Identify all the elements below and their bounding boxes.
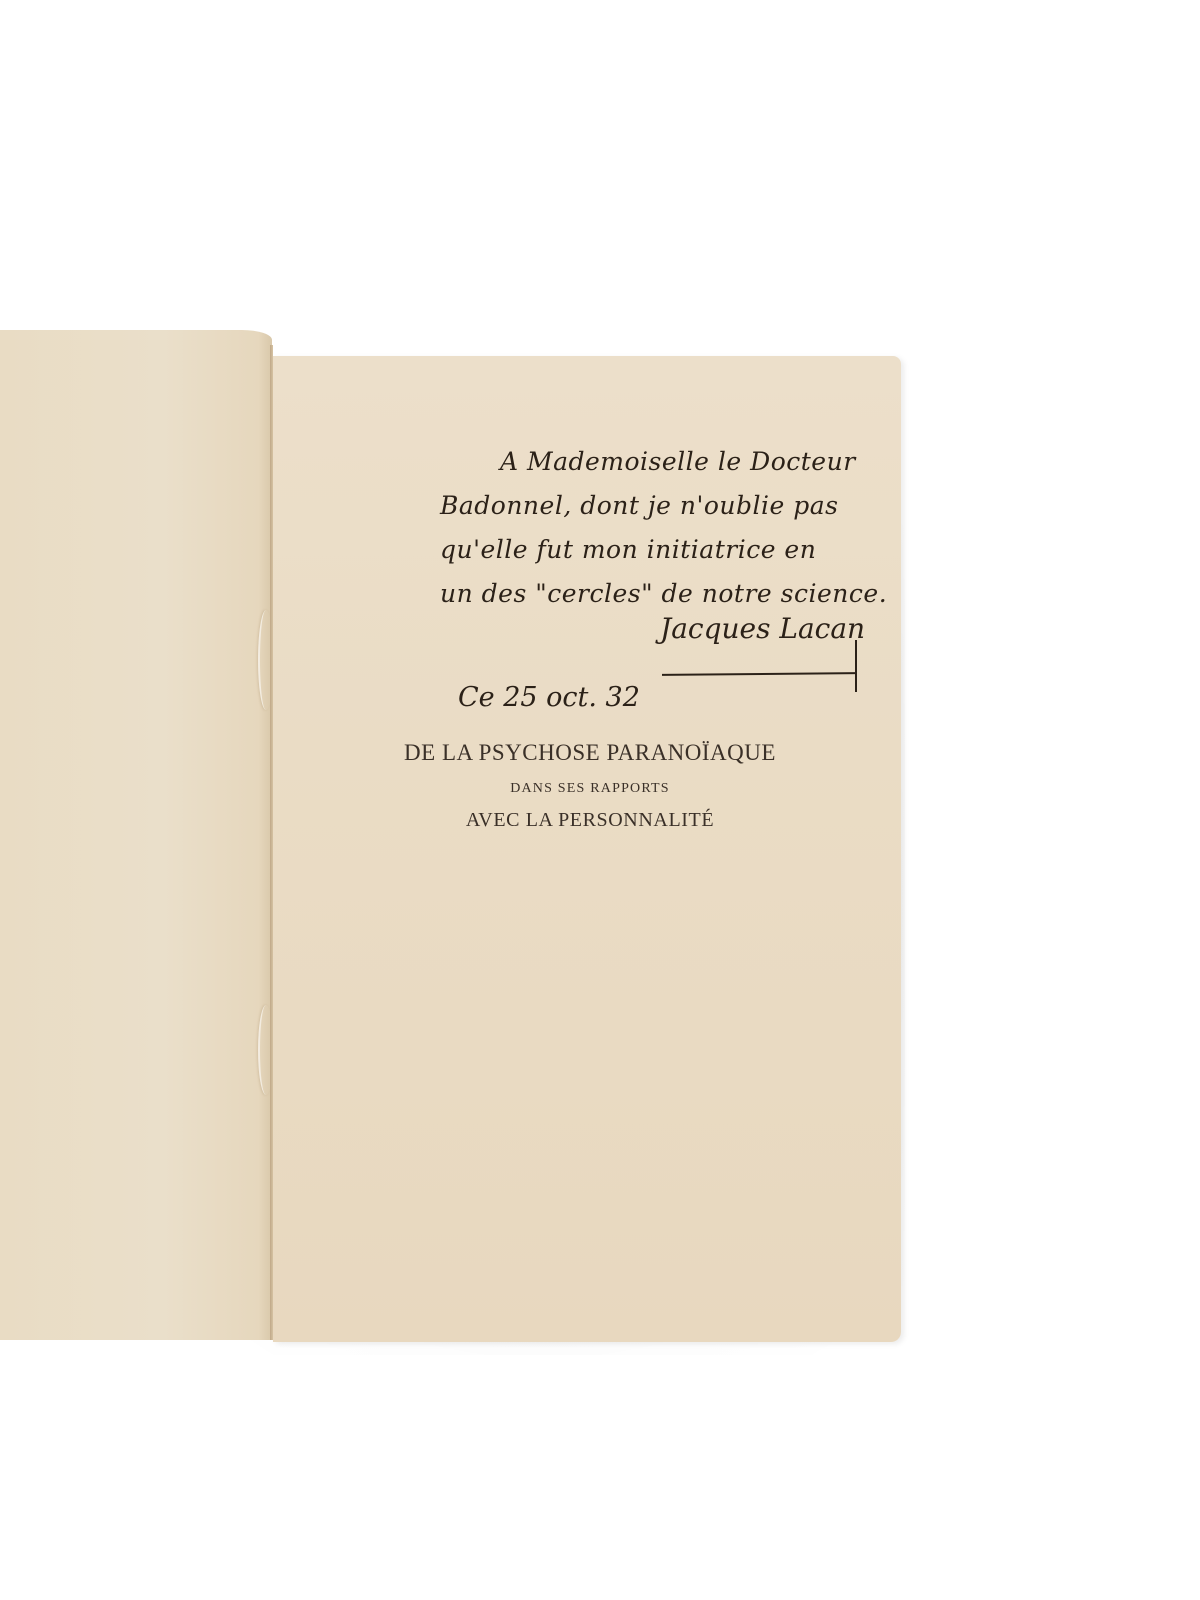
inscription-line: un des "cercles" de notre science. (440, 572, 880, 616)
signature: Jacques Lacan (660, 612, 865, 645)
title-line-2: DANS SES RAPPORTS (380, 772, 800, 806)
signature-flourish (855, 640, 857, 692)
inscription-line: A Mademoiselle le Docteur (440, 440, 880, 484)
title-line-1: DE LA PSYCHOSE PARANOÏAQUE (380, 738, 800, 768)
printed-title: DE LA PSYCHOSE PARANOÏAQUE DANS SES RAPP… (380, 738, 800, 834)
inscription-date: Ce 25 oct. 32 (458, 682, 640, 713)
photo-scene: A Mademoiselle le Docteur Badonnel, dont… (0, 0, 1200, 1600)
inscription-line: Badonnel, dont je n'oublie pas (440, 484, 880, 528)
left-page (0, 330, 272, 1340)
handwritten-inscription: A Mademoiselle le Docteur Badonnel, dont… (440, 440, 880, 616)
inscription-line: qu'elle fut mon initiatrice en (440, 528, 880, 572)
title-line-3: AVEC LA PERSONNALITÉ (380, 806, 800, 834)
